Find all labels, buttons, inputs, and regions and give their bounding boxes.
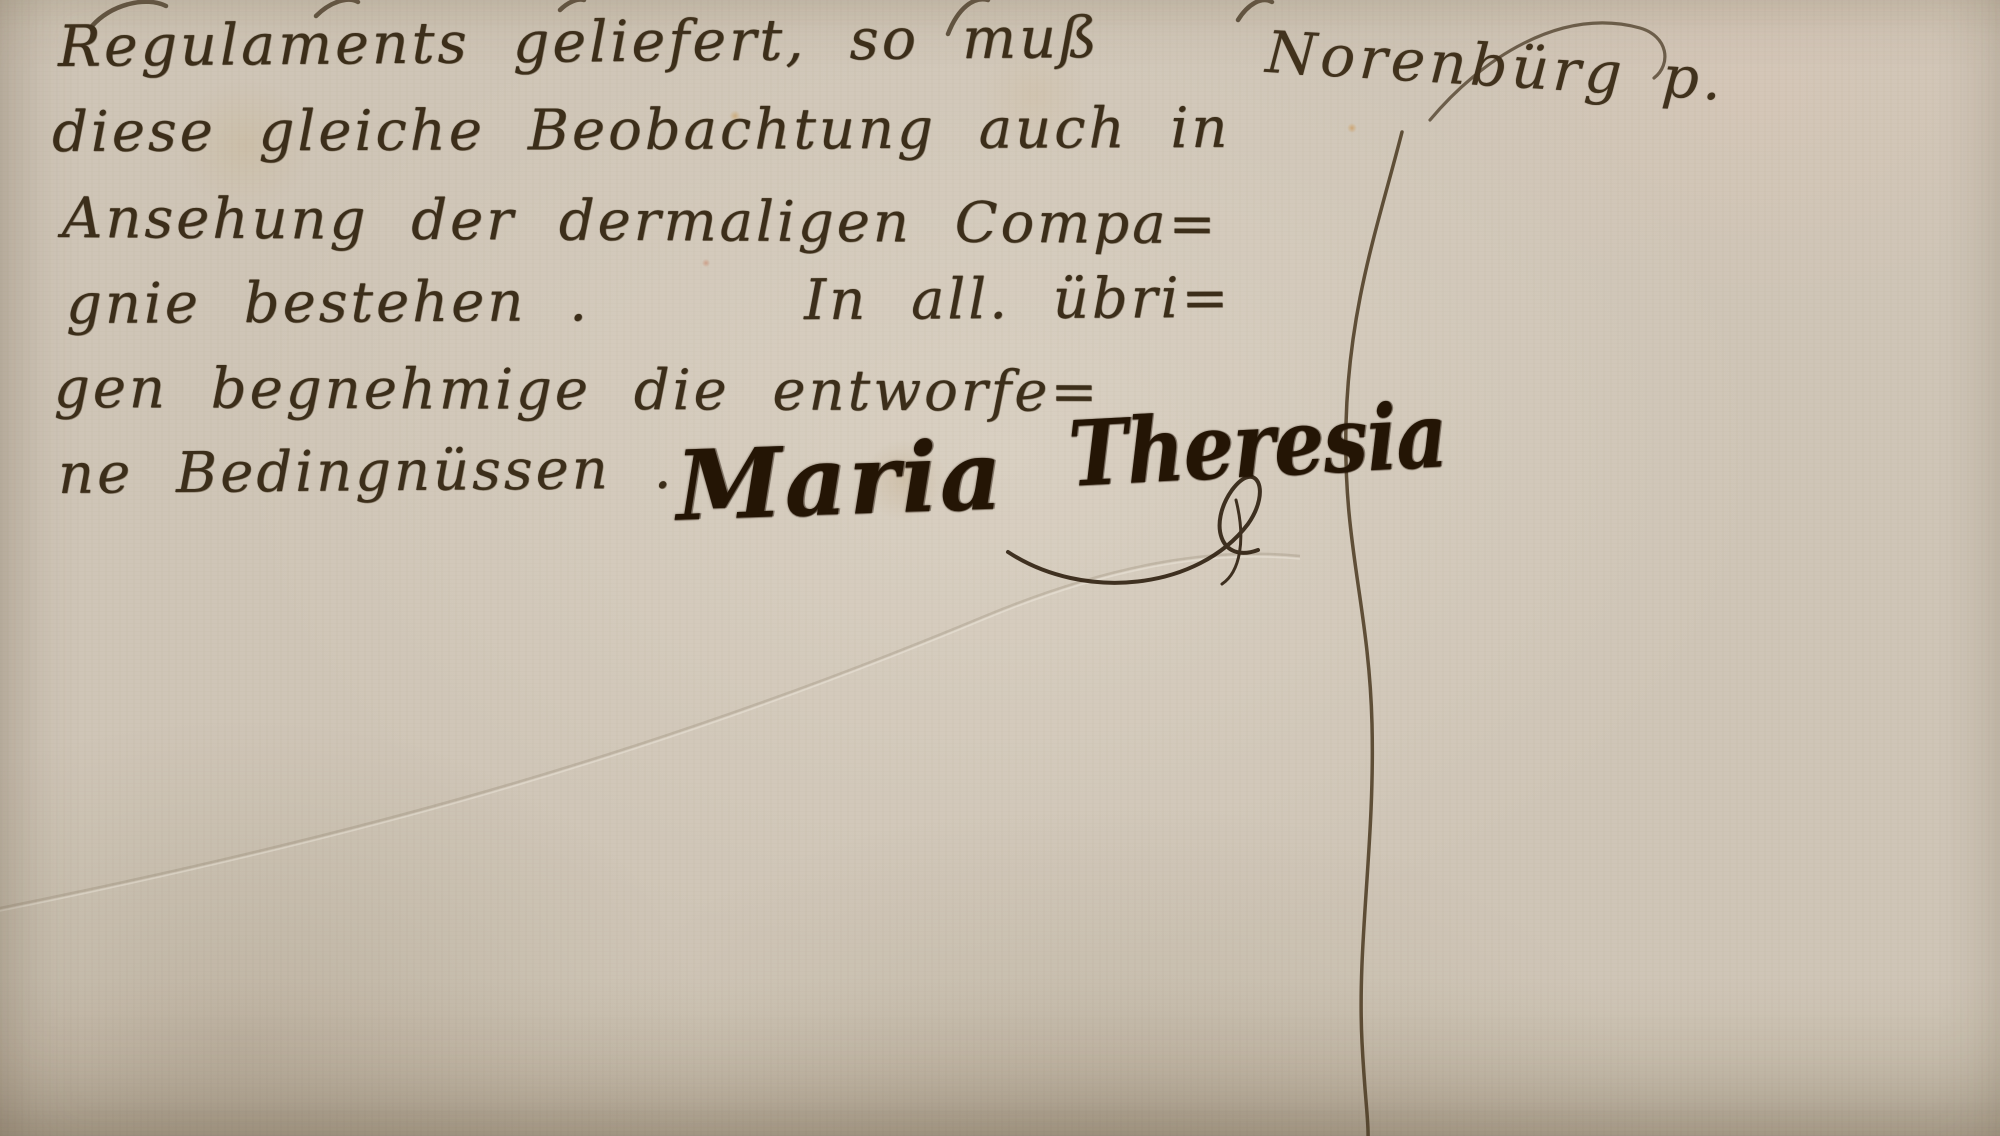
signature-flourish — [1008, 477, 1260, 584]
handwriting-line-4: gnie bestehen . In all. übri= — [66, 266, 1232, 337]
signature-word-maria: Maria — [674, 418, 1005, 542]
signature-word-theresia: Theresia — [1066, 382, 1449, 508]
paper-edge-vignette — [0, 0, 2000, 1136]
handwriting-line-2: diese gleiche Beobachtung auch in — [52, 96, 1231, 165]
marginal-note: Norenbürg p. — [1264, 18, 1887, 124]
handwriting-line-1: Regulaments geliefert, so muß — [58, 5, 1101, 80]
handwriting-line-5: gen begnehmige die entworfe= — [54, 356, 1101, 425]
paper-stains — [0, 0, 2000, 1136]
paper-crease — [0, 554, 1300, 915]
manuscript-photo: Regulaments geliefert, so muß diese glei… — [0, 0, 2000, 1136]
paper-texture — [0, 0, 2000, 1136]
ink-stroke-overlay — [0, 0, 2000, 1136]
handwriting-line-3: Ansehung der dermaligen Compa= — [62, 186, 1219, 257]
signature-maria-theresia: Maria Theresia — [0, 0, 2000, 1136]
handwriting-line-6: ne Bedingnüssen . — [58, 437, 675, 507]
bracket-line — [1346, 132, 1402, 1136]
